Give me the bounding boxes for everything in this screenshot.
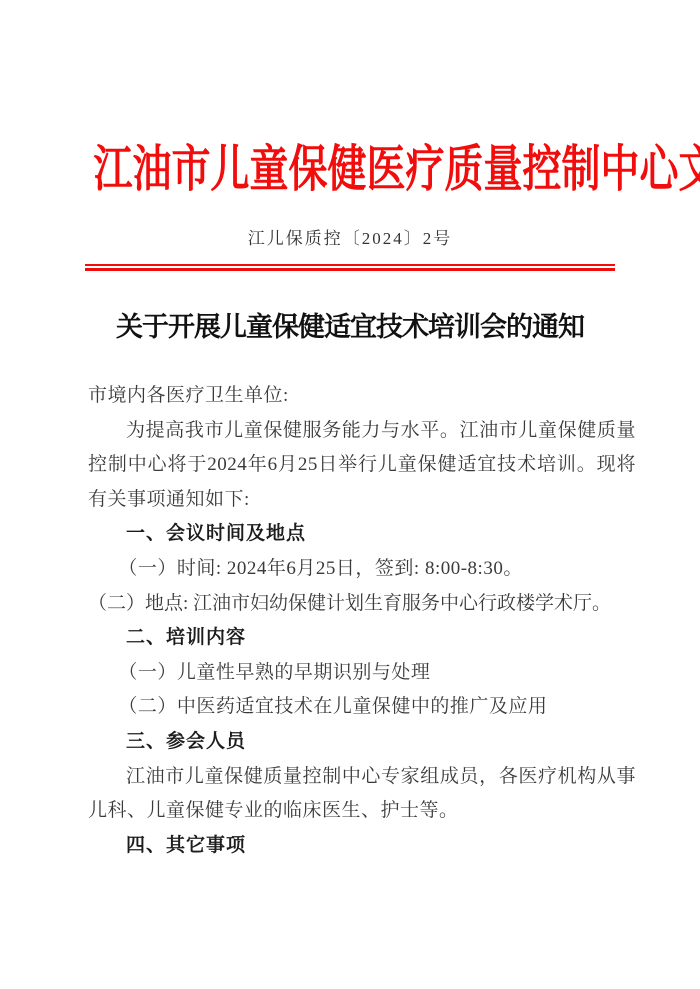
addressee-line: 市境内各医疗卫生单位: bbox=[88, 379, 636, 414]
notice-title: 关于开展儿童保健适宜技术培训会的通知 bbox=[0, 307, 700, 347]
section-2-item-2: （二）中医药适宜技术在儿童保健中的推广及应用 bbox=[88, 690, 636, 725]
section-1-item-time: （一）时间: 2024年6月25日，签到: 8:00-8:30。 bbox=[88, 552, 636, 587]
document-letterhead: 江油市儿童保健医疗质量控制中心文件 江儿保质控〔2024〕2号 bbox=[0, 140, 700, 271]
section-1-heading: 一、会议时间及地点 bbox=[88, 517, 636, 552]
org-title-text: 江油市儿童保健医疗质量控制中心文件 bbox=[94, 140, 700, 198]
section-2-item-1: （一）儿童性早熟的早期识别与处理 bbox=[88, 656, 636, 691]
opening-paragraph: 为提高我市儿童保健服务能力与水平。江油市儿童保健质量控制中心将于2024年6月2… bbox=[88, 414, 636, 518]
doc-number: 江儿保质控〔2024〕2号 bbox=[0, 226, 700, 252]
document-page: 江油市儿童保健医疗质量控制中心文件 江儿保质控〔2024〕2号 关于开展儿童保健… bbox=[0, 0, 700, 989]
section-4-heading: 四、其它事项 bbox=[88, 829, 636, 864]
section-2-heading: 二、培训内容 bbox=[88, 621, 636, 656]
section-3-paragraph: 江油市儿童保健质量控制中心专家组成员，各医疗机构从事儿科、儿童保健专业的临床医生… bbox=[88, 760, 636, 829]
section-1-item-location: （二）地点: 江油市妇幼保健计划生育服务中心行政楼学术厅。 bbox=[88, 587, 636, 622]
notice-body: 市境内各医疗卫生单位: 为提高我市儿童保健服务能力与水平。江油市儿童保健质量控制… bbox=[88, 379, 636, 863]
section-3-heading: 三、参会人员 bbox=[88, 725, 636, 760]
org-title: 江油市儿童保健医疗质量控制中心文件 bbox=[0, 140, 700, 198]
document-main: 关于开展儿童保健适宜技术培训会的通知 市境内各医疗卫生单位: 为提高我市儿童保健… bbox=[0, 307, 700, 863]
red-divider-rule bbox=[85, 264, 615, 271]
